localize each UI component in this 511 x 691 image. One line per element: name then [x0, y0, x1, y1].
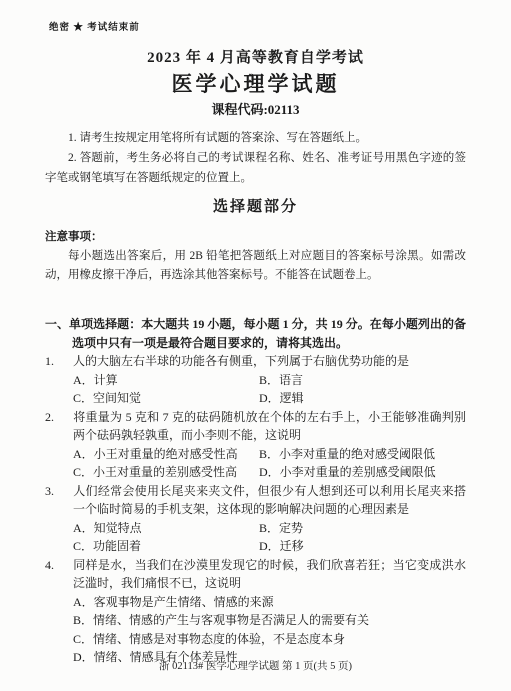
question-2-text: 将重量为 5 克和 7 克的砝码随机放在个体的左右手上，小王能够准确判别两个砝码…	[73, 410, 466, 443]
question-3-option-a: A．知觉特点	[73, 519, 259, 538]
section-title: 选择题部分	[45, 197, 466, 217]
question-3-option-c: C．功能固着	[73, 537, 259, 556]
notice-title: 注意事项：	[45, 228, 466, 247]
question-1: 1.人的大脑左右半球的功能各有侧重，下列属于右脑优势功能的是 A．计算 B．语言…	[45, 352, 466, 408]
question-2-option-b: B．小李对重量的绝对感受阈限低	[259, 445, 466, 464]
instruction-line-2: 2. 答题前，考生务必将自己的考试课程名称、姓名、准考证号用黑色字迹的签字笔或钢…	[45, 148, 466, 188]
question-2-stem: 2.将重量为 5 克和 7 克的砝码随机放在个体的左右手上，小王能够准确判别两个…	[45, 408, 466, 445]
question-2: 2.将重量为 5 克和 7 克的砝码随机放在个体的左右手上，小王能够准确判别两个…	[45, 408, 466, 482]
exam-page: 绝密 ★ 考试结束前 2023 年 4 月高等教育自学考试 医学心理学试题 课程…	[0, 0, 511, 667]
question-3-option-b: B．定势	[259, 519, 466, 538]
part-one-heading: 一、单项选择题：本大题共 19 小题，每小题 1 分，共 19 分。在每小题列出…	[45, 315, 466, 352]
question-2-option-c: C．小王对重量的差别感受性高	[73, 463, 259, 482]
question-4-stem: 4.同样是水，当我们在沙漠里发现它的时候，我们欣喜若狂；当它变成洪水泛滥时，我们…	[45, 556, 466, 593]
question-2-option-d: D．小李对重量的差别感受阈限低	[259, 463, 466, 482]
question-2-number: 2.	[45, 408, 73, 427]
question-4-option-a: A．客观事物是产生情绪、情感的来源	[73, 593, 466, 612]
instructions-block: 1. 请考生按规定用笔将所有试题的答案涂、写在答题纸上。 2. 答题前，考生务必…	[45, 128, 466, 188]
question-4-option-b: B．情绪、情感的产生与客观事物是否满足人的需要有关	[73, 611, 466, 630]
page-footer: 浙 02113# 医学心理学试题 第 1 页(共 5 页)	[0, 660, 511, 674]
question-1-option-b: B．语言	[259, 371, 466, 390]
classification-banner: 绝密 ★ 考试结束前	[49, 22, 466, 34]
exam-title: 医学心理学试题	[45, 72, 466, 98]
exam-session-title: 2023 年 4 月高等教育自学考试	[45, 48, 466, 68]
question-2-option-a: A．小王对重量的绝对感受性高	[73, 445, 259, 464]
course-code: 课程代码:02113	[45, 101, 466, 118]
question-3-option-d: D．迁移	[259, 537, 466, 556]
question-1-stem: 1.人的大脑左右半球的功能各有侧重，下列属于右脑优势功能的是	[45, 352, 466, 371]
question-1-option-a: A．计算	[73, 371, 259, 390]
question-3-options: A．知觉特点 B．定势 C．功能固着 D．迁移	[73, 519, 466, 556]
question-3-stem: 3.人们经常会使用长尾夹来夹文件，但很少有人想到还可以利用长尾夹来搭一个临时简易…	[45, 482, 466, 519]
question-2-options: A．小王对重量的绝对感受性高 B．小李对重量的绝对感受阈限低 C．小王对重量的差…	[73, 445, 466, 482]
question-1-number: 1.	[45, 352, 73, 371]
question-4-option-c: C．情绪、情感是对事物态度的体验，不是态度本身	[73, 630, 466, 649]
question-1-options: A．计算 B．语言 C．空间知觉 D．逻辑	[73, 371, 466, 408]
instruction-line-1: 1. 请考生按规定用笔将所有试题的答案涂、写在答题纸上。	[45, 128, 466, 148]
question-1-text: 人的大脑左右半球的功能各有侧重，下列属于右脑优势功能的是	[73, 354, 409, 368]
notice-body: 每小题选出答案后，用 2B 铅笔把答题纸上对应题目的答案标号涂黑。如需改动，用橡…	[45, 247, 466, 285]
question-1-option-c: C．空间知觉	[73, 389, 259, 408]
question-4: 4.同样是水，当我们在沙漠里发现它的时候，我们欣喜若狂；当它变成洪水泛滥时，我们…	[45, 556, 466, 667]
question-4-text: 同样是水，当我们在沙漠里发现它的时候，我们欣喜若狂；当它变成洪水泛滥时，我们痛恨…	[73, 558, 466, 591]
question-3-number: 3.	[45, 482, 73, 501]
question-4-number: 4.	[45, 556, 73, 575]
question-3-text: 人们经常会使用长尾夹来夹文件，但很少有人想到还可以利用长尾夹来搭一个临时简易的手…	[73, 484, 466, 517]
question-3: 3.人们经常会使用长尾夹来夹文件，但很少有人想到还可以利用长尾夹来搭一个临时简易…	[45, 482, 466, 556]
question-1-option-d: D．逻辑	[259, 389, 466, 408]
question-4-options: A．客观事物是产生情绪、情感的来源 B．情绪、情感的产生与客观事物是否满足人的需…	[73, 593, 466, 667]
